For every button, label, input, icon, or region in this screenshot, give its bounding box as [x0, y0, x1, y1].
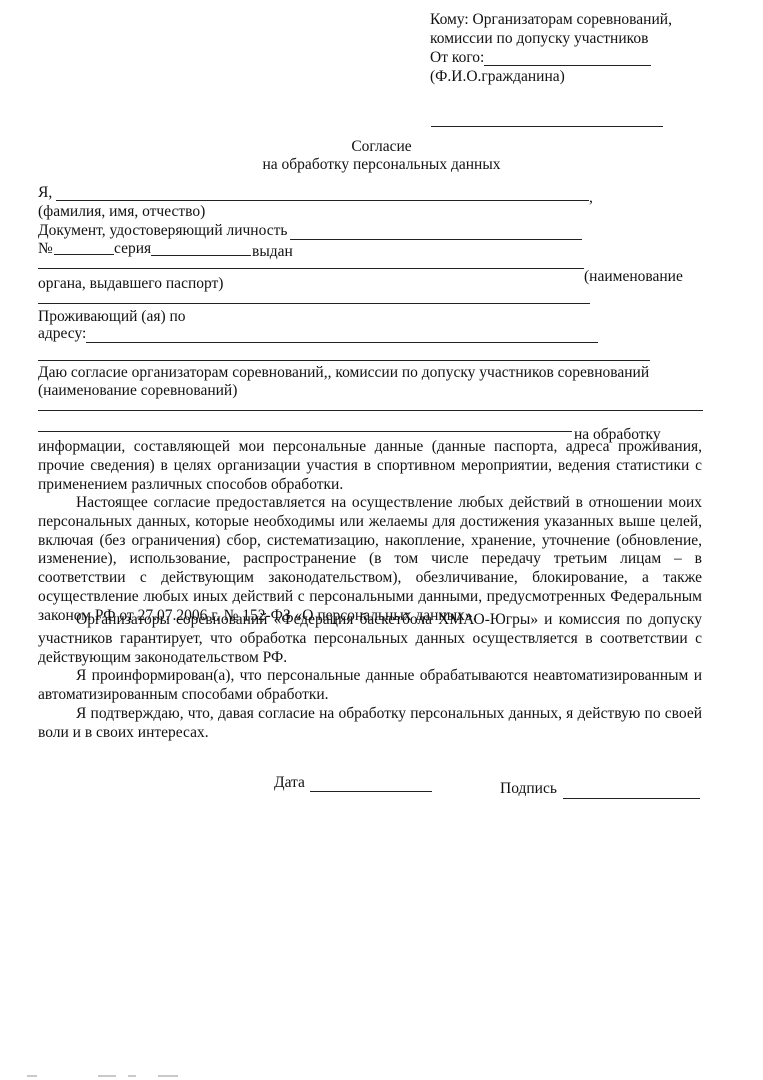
address-label: адресу:	[38, 325, 86, 343]
guarantee-paragraph: Организаторы соревнований «Федерация бас…	[38, 611, 702, 667]
document-subtitle: на обработку персональных данных	[0, 155, 763, 174]
fio-blank[interactable]	[56, 200, 589, 201]
competition-blank[interactable]	[38, 410, 703, 411]
issuer-blank-2[interactable]	[38, 303, 590, 304]
signature-blank[interactable]	[563, 798, 700, 799]
series-label: серия	[114, 240, 151, 258]
purpose-paragraph: информации, составляющей мои персональны…	[38, 438, 702, 494]
from-blank[interactable]	[484, 65, 651, 66]
fio-comma: ,	[589, 189, 593, 207]
competition-hint: (наименование соревнований)	[38, 382, 237, 400]
scope-paragraph: Настоящее согласие предоставляется на ос…	[38, 494, 702, 626]
scan-artifact	[158, 1075, 178, 1077]
from-label: От кого:	[430, 49, 484, 67]
addressee-line-1: Кому: Организаторам соревнований,	[430, 11, 672, 29]
series-blank[interactable]	[151, 255, 251, 256]
addressee-line-2: комиссии по допуску участников	[430, 30, 648, 48]
document-blank[interactable]	[290, 239, 582, 240]
document-label: Документ, удостоверяющий личность	[38, 222, 287, 240]
issuer-hint-2: органа, выдавшего паспорт)	[38, 275, 223, 293]
issuer-blank[interactable]	[38, 268, 584, 269]
issued-label: выдан	[252, 243, 293, 261]
from-hint: (Ф.И.О.гражданина)	[430, 68, 565, 86]
address-blank[interactable]	[86, 342, 598, 343]
consent-line: Даю согласие организаторам соревнований,…	[38, 364, 649, 382]
signature-label: Подпись	[500, 780, 557, 798]
informed-paragraph: Я проинформирован(а), что персональные д…	[38, 667, 702, 705]
from-blank-2[interactable]	[431, 126, 663, 127]
date-label: Дата	[274, 774, 305, 792]
address-blank-2[interactable]	[38, 360, 650, 361]
fio-hint: (фамилия, имя, отчество)	[38, 203, 205, 221]
issuer-hint-1: (наименование	[584, 268, 683, 286]
confirmation-paragraph: Я подтверждаю, что, давая согласие на об…	[38, 705, 702, 743]
number-blank[interactable]	[54, 254, 114, 255]
competition-blank-2[interactable]	[38, 431, 572, 432]
document-title: Согласие	[0, 137, 763, 156]
scan-artifact	[98, 1075, 116, 1077]
scan-artifact	[27, 1075, 37, 1077]
scan-artifact	[128, 1075, 136, 1077]
i-label: Я,	[38, 184, 52, 202]
residing-label: Проживающий (ая) по	[38, 308, 186, 326]
number-label: №	[38, 240, 53, 258]
date-blank[interactable]	[310, 791, 432, 792]
